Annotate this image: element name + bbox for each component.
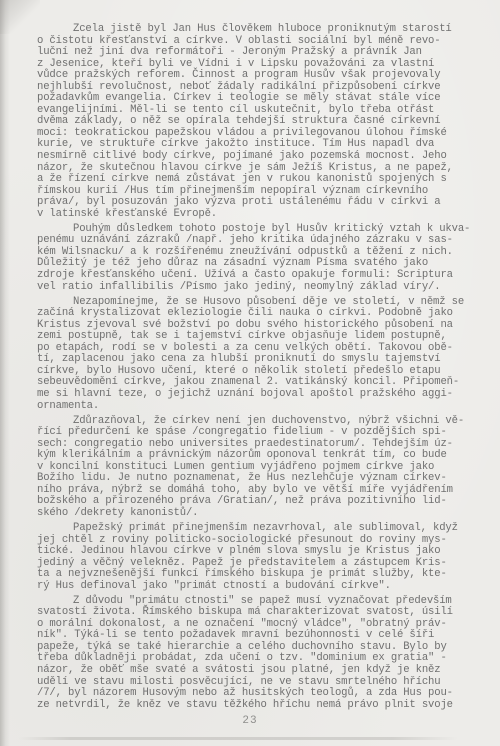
text-line: zdroje křesťanského učení. Užívá a často… [37,270,477,282]
text-line: nesmírně citlivé body církve, pojímané j… [37,151,477,163]
scan-edge-shadow [0,0,10,746]
text-line: názor, že oběť mše svaté a svátosti jsou… [37,665,477,677]
paragraph: Nezapomínejme, že se Husovo působení děj… [37,297,477,412]
scanned-page: { "colors": { "paper": "#edece9", "ink":… [0,0,500,746]
paragraph: Z důvodu "primátu ctnosti" se papež musí… [37,596,477,711]
text-line: a že řízení církve nemá zůstávat jen v r… [37,174,477,186]
page-number: 23 [0,715,500,727]
text-line: tické. Jedinou hlavou církve v plném slo… [37,546,477,558]
text-line: Papežský primát přinejmenším nezavrhoval… [37,523,477,535]
scan-bottom-shadow [18,737,458,740]
text-line: luční než jiní dva reformátoři - Jeroným… [37,47,477,59]
paragraph: Zcela jistě byl Jan Hus člověkem hluboce… [37,24,477,220]
text-line: řící předurčení ke spáse /congregatio fi… [37,427,477,439]
text-line: ta a nejvznešenější funkcí římského bisk… [37,569,477,581]
text-line: vůdce pražských reforem. Činnost a progr… [37,70,477,82]
paragraph: Pouhým důsledkem tohoto postoje byl Husů… [37,224,477,293]
text-line: v latinské křesťanské Evropě. [37,209,477,221]
paragraph: Papežský primát přinejmenším nezavrhoval… [37,523,477,592]
paragraph: Zdůrazňoval, že církev není jen duchoven… [37,416,477,520]
text-line: vel ratio infallibilis /Písmo jako jedin… [37,282,477,294]
text-line: ornamenta. [37,401,477,413]
text-line: me si hlavní teze, o jejichž uznání bojo… [37,389,477,401]
text-line: začíná krystalizovat ekleziologie čili n… [37,308,477,320]
text-line: ze netvrdil, že kněz ve stavu těžkého hř… [37,700,477,712]
text-line: rý Hus definoval jako "primát ctností a … [37,581,477,593]
text-block: Zcela jistě byl Jan Hus člověkem hluboce… [37,24,477,711]
text-line: Zcela jistě byl Jan Hus člověkem hluboce… [37,24,477,36]
text-line: kým klerikálním a právnickým názorům opo… [37,450,477,462]
text-line: /7/, byl názorem Husovým nebo až husitsk… [37,688,477,700]
scan-corner-shadow [0,0,40,34]
text-line: ského /dekrety kanonistů/. [37,508,477,520]
